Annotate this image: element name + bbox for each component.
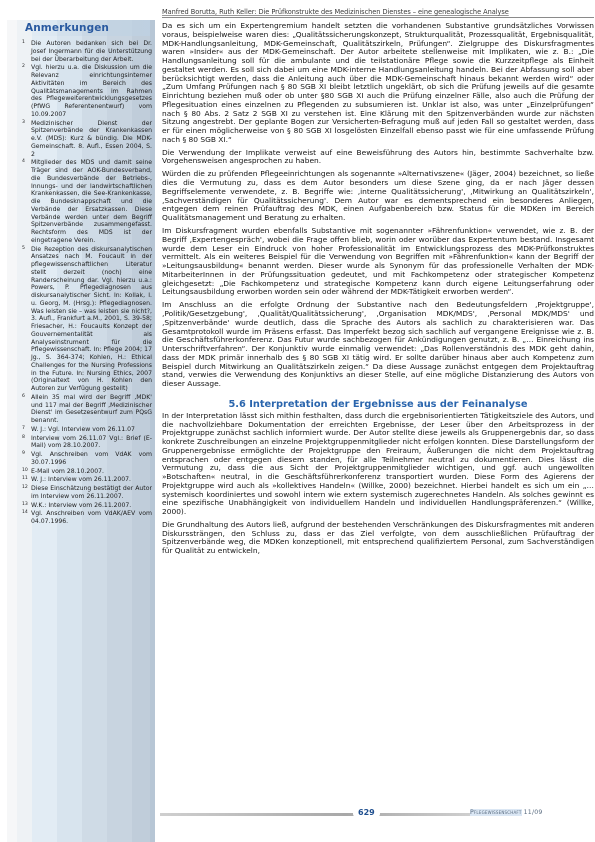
footnote-number: 5 (22, 245, 25, 253)
footnote-text: E-Mail vom 28.10.2007. (31, 468, 104, 475)
running-head: Manfred Borutta, Ruth Keller: Die Prüfko… (162, 8, 594, 18)
body-paragraph: Im Anschluss an die erfolgte Ordnung der… (162, 301, 594, 389)
page-number: 629 (353, 808, 380, 817)
footnote-number: 14 (22, 509, 28, 517)
body-paragraph: Da es sich um ein Expertengremium handel… (162, 22, 594, 145)
footnote-number: 3 (22, 119, 25, 127)
footnote-number: 2 (22, 63, 25, 71)
footnote-text: Vgl. Anschreiben vom VdAK/AEV vom 04.07.… (31, 510, 152, 525)
footnote-number: 8 (22, 434, 25, 442)
footnote-number: 10 (22, 467, 28, 475)
body-paragraph: Würden die zu prüfenden Pflegeeinrichtun… (162, 170, 594, 223)
footnote-text: W.K.: Interview vom 26.11.2007. (31, 502, 131, 509)
footnote: 11W. J.: Interview vom 26.11.2007. (22, 476, 152, 484)
body-paragraph: Die Verwendung der Implikate verweist au… (162, 149, 594, 167)
body-paragraph: In der Interpretation lässt sich mithin … (162, 412, 594, 517)
footnotes-list: 1Die Autoren bedanken sich bei Dr. Josef… (22, 40, 152, 527)
body-paragraph: Im Diskursfragment wurden ebenfalls Subs… (162, 227, 594, 297)
footnote-number: 13 (22, 501, 28, 509)
footnote-text: Allein 35 mal wird der Begriff ‚MDK' und… (31, 394, 152, 424)
footnote-text: Interview vom 26.11.07 Vgl.: Brief (E-Ma… (31, 435, 152, 450)
footnote: 8Interview vom 26.11.07 Vgl.: Brief (E-M… (22, 435, 152, 451)
footnote-number: 11 (22, 475, 28, 483)
notes-heading: Anmerkungen (25, 20, 150, 36)
footnote-text: W. J.: Interview vom 26.11.2007. (31, 476, 131, 483)
footnote: 3Medizinischer Dienst der Spitzenverbänd… (22, 120, 152, 159)
footnote: 12Diese Einschätzung bestätigt der Autor… (22, 485, 152, 501)
footnote-text: Die Rezeption des diskursanalytischen An… (31, 246, 152, 393)
page-footer: 629 Pflegewissenschaft 11/09 (160, 808, 595, 820)
footnote-number: 1 (22, 39, 25, 47)
footnote-number: 7 (22, 425, 25, 433)
footnote: 10E-Mail vom 28.10.2007. (22, 468, 152, 476)
footnote: 13W.K.: Interview vom 26.11.2007. (22, 502, 152, 510)
footnote: 6Allein 35 mal wird der Begriff ‚MDK' un… (22, 394, 152, 425)
footnote-text: Mitglieder des MDS und damit seine Träge… (31, 159, 152, 244)
footnote-text: W. J.: Vgl. Interview vom 26.11.07 (31, 426, 135, 433)
footnote: 4Mitglieder des MDS und damit seine Träg… (22, 159, 152, 244)
footnote: 9Vgl. Anschreiben vom VdAK vom 30.07.199… (22, 451, 152, 467)
footnote-text: Medizinischer Dienst der Spitzenverbände… (31, 120, 152, 158)
footnote: 14Vgl. Anschreiben vom VdAK/AEV vom 04.0… (22, 510, 152, 526)
footnote: 7W. J.: Vgl. Interview vom 26.11.07 (22, 426, 152, 434)
footer-rule (160, 813, 470, 816)
journal-issue: Pflegewissenschaft 11/09 (470, 809, 543, 816)
footnote: 2Vgl. hierzu u.a. die Diskussion um die … (22, 64, 152, 118)
footnote-number: 12 (22, 484, 28, 492)
footnote-text: Die Autoren bedanken sich bei Dr. Josef … (31, 40, 152, 63)
footnote-number: 6 (22, 393, 25, 401)
section-heading: 5.6 Interpretation der Ergebnisse aus de… (162, 399, 594, 411)
issue-number: 11/09 (522, 809, 543, 816)
footnote-text: Vgl. Anschreiben vom VdAK vom 30.07.1996 (31, 451, 152, 466)
journal-name: Pflegewissenschaft (470, 809, 522, 816)
footnote-text: Vgl. hierzu u.a. die Diskussion um die R… (31, 64, 152, 118)
footnote-number: 9 (22, 450, 25, 458)
footnote: 5Die Rezeption des diskursanalytischen A… (22, 246, 152, 393)
footnote: 1Die Autoren bedanken sich bei Dr. Josef… (22, 40, 152, 63)
main-text-column: Da es sich um ein Expertengremium handel… (162, 22, 594, 560)
body-paragraph: Die Grundhaltung des Autors ließ, aufgru… (162, 521, 594, 556)
footnote-text: Diese Einschätzung bestätigt der Autor i… (31, 485, 152, 500)
footnote-number: 4 (22, 158, 25, 166)
